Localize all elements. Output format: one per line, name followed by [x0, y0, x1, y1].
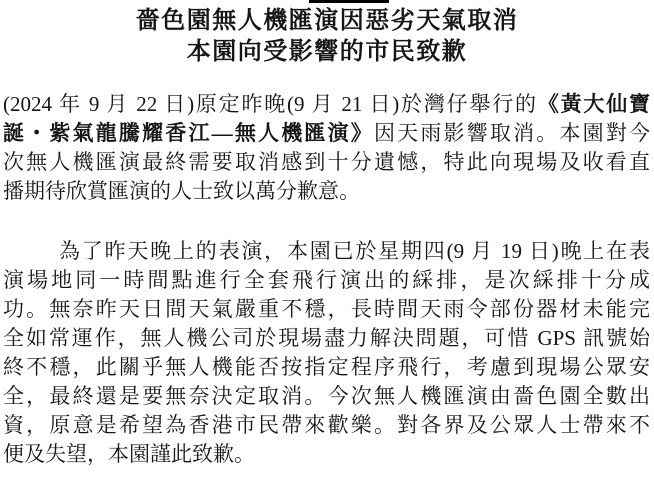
text-line: 播期待欣賞匯演的人士致以萬分歉意。 — [3, 177, 650, 206]
text-line: 全，最終還是要無奈決定取消。今次無人機匯演由嗇色園全數出 — [3, 382, 650, 411]
line-segment-bold: 誕・紫氣龍騰耀香江—無人機匯演》 — [3, 121, 374, 145]
text-line: 功。無奈昨天日間天氣嚴重不穩，長時間天雨令部份器材未能完 — [3, 295, 650, 324]
document-page: 嗇色園無人機匯演因惡劣天氣取消 本園向受影響的市民致歉 (2024 年 9 月 … — [0, 0, 654, 480]
text-line: 便及失望，本園謹此致歉。 — [3, 440, 650, 469]
document-title: 嗇色園無人機匯演因惡劣天氣取消 本園向受影響的市民致歉 — [0, 6, 654, 68]
paragraph-2: 為了昨天晚上的表演，本園已於星期四(9 月 19 日)晚上在表 演場地同一時間點… — [0, 237, 654, 469]
text-line: 終不穩，此關乎無人機能否按指定程序飛行，考慮到現場公眾安 — [3, 353, 650, 382]
line-segment: (2024 年 9 月 22 日)原定昨晚(9 月 21 日)於灣仔舉行的 — [3, 92, 538, 116]
text-line: (2024 年 9 月 22 日)原定昨晚(9 月 21 日)於灣仔舉行的《黃大… — [3, 90, 650, 119]
line-segment-bold: 《黃大仙寶 — [538, 92, 650, 116]
text-line: 次無人機匯演最終需要取消感到十分遺憾，特此向現場及收看直 — [3, 148, 650, 177]
title-line-2: 本園向受影響的市民致歉 — [0, 37, 654, 68]
paragraph-1: (2024 年 9 月 22 日)原定昨晚(9 月 21 日)於灣仔舉行的《黃大… — [0, 90, 654, 206]
text-line: 資，原意是希望為香港市民帶來歡樂。對各界及公眾人士帶來不 — [3, 411, 650, 440]
line-segment: 因天雨影響取消。本園對今 — [374, 121, 650, 145]
cropped-top-rule — [309, 0, 389, 3]
text-line: 演場地同一時間點進行全套飛行演出的綵排，是次綵排十分成 — [3, 266, 650, 295]
text-line: 全如常運作，無人機公司於現場盡力解決問題，可惜 GPS 訊號始 — [3, 324, 650, 353]
title-line-1: 嗇色園無人機匯演因惡劣天氣取消 — [0, 6, 654, 37]
text-line: 誕・紫氣龍騰耀香江—無人機匯演》因天雨影響取消。本園對今 — [3, 119, 650, 148]
text-line: 為了昨天晚上的表演，本園已於星期四(9 月 19 日)晚上在表 — [3, 237, 650, 266]
